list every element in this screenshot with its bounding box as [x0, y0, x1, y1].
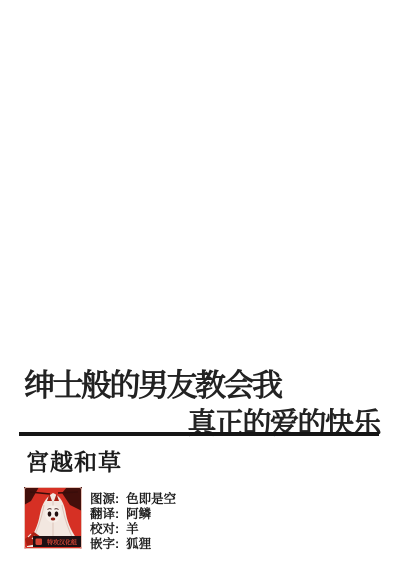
author-name: 宮越和草: [26, 444, 122, 477]
logo-mouth: [51, 518, 55, 521]
credit-row-translator: 翻译: 阿鳞: [90, 507, 176, 522]
scanlation-logo-image: 特攻汉化组: [24, 487, 82, 549]
credit-value: 羊: [126, 522, 139, 537]
credit-label: 校对:: [90, 522, 119, 537]
credit-label: 嵌字:: [90, 537, 119, 552]
credit-row-proofreader: 校对: 羊: [90, 522, 176, 537]
logo-eye-left: [48, 511, 52, 516]
scanned-title-page: 绅士般的男友教会我 真正的爱的快乐 宮越和草: [0, 0, 400, 573]
credit-value: 阿鳞: [126, 507, 151, 522]
credits-block: 图源: 色即是空 翻译: 阿鳞 校对: 羊 嵌字: 狐狸: [90, 492, 176, 552]
title-underline-rule: [19, 432, 379, 436]
credit-label: 图源:: [90, 492, 119, 507]
main-title-line-2: 真正的爱的快乐: [24, 401, 380, 442]
logo-banner-emblem: [36, 539, 43, 546]
credit-row-source: 图源: 色即是空: [90, 492, 176, 507]
main-title-line-1: 绅士般的男友教会我: [24, 360, 384, 405]
scanlation-group-logo: 特攻汉化组: [24, 487, 82, 549]
logo-banner-text: 特攻汉化组: [47, 539, 77, 547]
logo-eye-right: [55, 511, 59, 516]
credit-value: 狐狸: [126, 537, 151, 552]
credit-label: 翻译:: [90, 507, 119, 522]
credit-value: 色即是空: [126, 492, 176, 507]
credit-row-typesetter: 嵌字: 狐狸: [90, 537, 176, 552]
